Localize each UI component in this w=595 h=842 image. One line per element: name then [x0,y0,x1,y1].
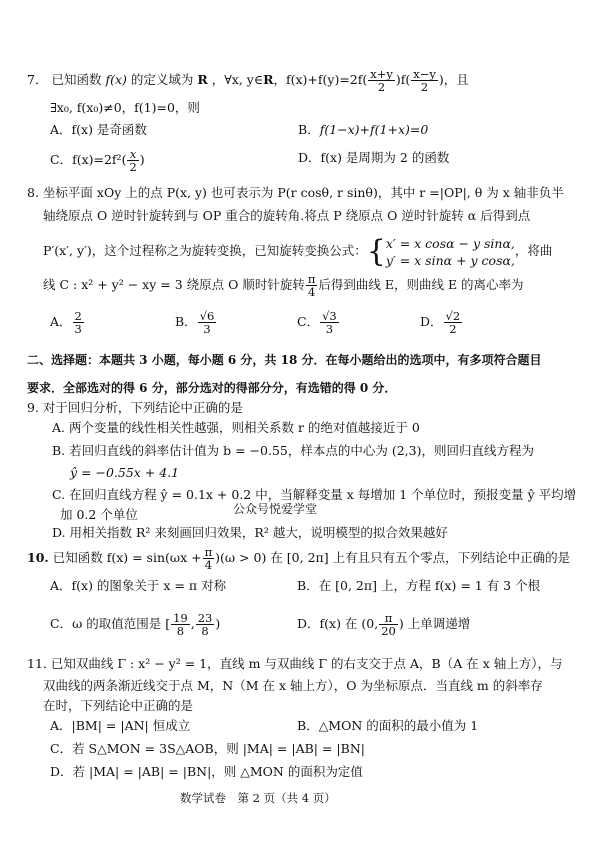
option-text: ω 的取值范围是 [ [72,616,170,631]
option-frac: 23 [73,310,84,335]
option-label: B. [52,443,65,458]
option-label: B． [297,718,319,733]
option-text: |BM| = |AN| 恒成立 [72,718,191,733]
q7-set-R: R [263,72,273,87]
q10-text: )(ω > 0) 在 [0, 2π] 上有且只有五个零点，下列结论中正确的是 [215,550,570,565]
option-text: ) [215,616,220,631]
brace-icon: { [367,237,386,267]
q8-text: 线 C : x² + y² − xy = 3 绕原点 O 顺时针旋转 [43,277,305,292]
q9-number: 9. [27,400,39,415]
q8-text: P′(x′, y′)，这个过程称之为旋转变换，已知旋转变换公式： [43,243,367,258]
denominator: 8 [171,625,190,637]
option-text: f(1−x)+f(1+x)=0 [320,122,429,137]
option-text: ) 上单调递增 [399,616,470,631]
option-label: A. [52,420,65,435]
denominator: 2 [444,323,463,335]
denominator: 2 [411,81,438,93]
q8-number: 8. [27,185,39,200]
q7-stem-line1: 7． 已知函数 f(x) 的定义域为 R ，∀x, y∈R，f(x)+f(y)=… [27,68,469,93]
option-label: A． [50,314,72,329]
separator: , [191,616,195,631]
option-text: f(x)=2f²( [72,152,126,167]
option-text: f(x) 是奇函数 [72,122,147,137]
option-frac: π20 [379,612,398,637]
section-2-header-line1: 二、选择题：本题共 3 小题，每小题 6 分，共 18 分．在每小题给出的选项中… [27,352,541,368]
q7-equation: ，f(x)+f(y)=2f( [273,72,367,87]
option-label: D． [50,764,73,779]
q7-c-frac: x2 [127,148,138,173]
q9-option-d: D. 用相关指数 R² 来刻画回归效果，R² 越大，说明模型的拟合效果越好 [52,525,448,541]
q10-option-d: D．f(x) 在 (0,π20) 上单调递增 [297,612,470,637]
q11-line2: 双曲线的两条渐近线交于点 M，N（M 在 x 轴上方），O 为坐标原点．当直线 … [43,678,543,694]
denominator: 3 [73,323,84,335]
option-text: f(x) 在 (0, [320,616,379,631]
option-text: 若回归直线的斜率估计值为 b = −0.55，样本点的中心为 (2,3)，则回归… [69,443,534,458]
q10-option-b: B．在 [0, 2π] 上，方程 f(x) = 1 有 3 个根 [297,578,540,594]
q8-line3: P′(x′, y′)，这个过程称之为旋转变换，已知旋转变换公式：{x′ = x … [43,233,552,269]
q8-line2: 轴绕原点 O 逆时针旋转到与 OP 重合的旋转角.将点 P 绕原点 O 逆时针旋… [43,208,530,224]
denominator: 2 [368,81,395,93]
formula-line: y′ = x sinα + y cosα, [386,252,515,269]
q7-text: ，∀x, y∈ [212,72,263,87]
q7-text: )，且 [439,72,469,87]
option-label: D． [297,616,320,631]
q7-equation: )f( [396,72,410,87]
section-2-header-line2: 要求．全部选对的得 6 分，部分选对的得部分分，有选错的得 0 分． [27,380,396,396]
q7-option-c: C．f(x)=2f²(x2) [50,148,145,173]
q7-set-R: R [197,72,207,87]
option-text: 在回归直线方程 ŷ = 0.1x + 0.2 中，当解释变量 x 每增加 1 个… [69,487,576,502]
q7-option-d: D．f(x) 是周期为 2 的函数 [298,150,449,166]
option-label: C. [52,487,65,502]
q10-frac: π4 [203,546,215,571]
q11-number: 11. [27,656,47,671]
q7-text: 已知函数 [51,72,101,87]
denominator: 8 [196,625,215,637]
q10-stem: 10. 已知函数 f(x) = sin(ωx +π4)(ω > 0) 在 [0,… [27,546,570,571]
formula-line: x′ = x cosα − y sinα, [386,235,515,252]
option-text: f(x) 是周期为 2 的函数 [321,150,450,165]
option-text: 若 S△MON = 3S△AOB，则 |MA| = |AB| = |BN| [72,741,365,756]
denominator: 4 [306,286,318,298]
denominator: 4 [203,559,215,571]
q8-option-d: D．√22 [420,310,463,335]
q8-line1: 8. 坐标平面 xOy 上的点 P(x, y) 也可表示为 P(r cosθ, … [27,185,564,201]
q7-fx: f(x) [105,72,126,87]
option-text: 在 [0, 2π] 上，方程 f(x) = 1 有 3 个根 [319,578,540,593]
q8-text: ，将曲 [515,243,553,258]
q9-option-b: B. 若回归直线的斜率估计值为 b = −0.55，样本点的中心为 (2,3)，… [52,443,534,459]
q10-number: 10. [27,550,49,565]
option-text: ) [140,152,145,167]
watermark: 公众号悦爱学堂 [233,500,317,517]
q7-stem-line2: ∃x₀, f(x₀)≠0，f(1)=0，则 [50,100,200,116]
option-frac: √63 [198,310,217,335]
q10-option-a: A．f(x) 的图象关于 x = π 对称 [50,578,226,594]
q7-frac2: x−y2 [411,68,438,93]
option-label: C． [50,616,72,631]
q8-option-a: A．23 [50,310,85,335]
option-text: 用相关指数 R² 来刻画回归效果，R² 越大，说明模型的拟合效果越好 [70,525,448,540]
q8-formula-system: x′ = x cosα − y sinα,y′ = x sinα + y cos… [386,235,515,269]
option-label: B． [175,314,197,329]
q8-text: 坐标平面 xOy 上的点 P(x, y) 也可表示为 P(r cosθ, r s… [43,185,564,200]
option-text: 两个变量的线性相关性越强，则相关系数 r 的绝对值越接近于 0 [69,420,420,435]
option-frac: 198 [171,612,190,637]
q7-text: 的定义域为 [131,72,194,87]
q11-option-d: D．若 |MA| = |AB| = |BN|，则 △MON 的面积为定值 [50,764,363,780]
q11-option-c: C．若 S△MON = 3S△AOB，则 |MA| = |AB| = |BN| [50,741,365,757]
option-label: C． [50,152,72,167]
option-label: D． [420,314,443,329]
denominator: 2 [127,161,138,173]
q11-option-a: A．|BM| = |AN| 恒成立 [50,718,190,734]
q9-stem: 9. 对于回归分析，下列结论中正确的是 [27,400,243,416]
option-label: B． [298,122,320,137]
option-label: A． [50,122,72,137]
page-footer: 数学试卷 第 2 页（共 4 页） [180,790,336,806]
option-text: △MON 的面积的最小值为 1 [319,718,479,733]
q8-line4: 线 C : x² + y² − xy = 3 绕原点 O 顺时针旋转π4后得到曲… [43,273,524,298]
option-label: C． [50,741,72,756]
q7-option-b: B．f(1−x)+f(1+x)=0 [298,122,428,138]
q7-number: 7． [27,72,47,87]
q11-option-b: B．△MON 的面积的最小值为 1 [297,718,478,734]
q8-text: 后得到曲线 E，则曲线 E 的离心率为 [318,277,523,292]
option-text: f(x) 的图象关于 x = π 对称 [72,578,227,593]
denominator: 3 [320,323,339,335]
q8-frac: π4 [306,273,318,298]
denominator: 3 [198,323,217,335]
q10-option-c: C．ω 的取值范围是 [198,238) [50,612,220,637]
option-label: B． [297,578,319,593]
q7-frac1: x+y2 [368,68,395,93]
q9-option-a: A. 两个变量的线性相关性越强，则相关系数 r 的绝对值越接近于 0 [52,420,420,436]
q11-text: 已知双曲线 Γ : x² − y² = 1，直线 m 与双曲线 Γ 的右支交于点… [51,656,563,671]
q9-text: 对于回归分析，下列结论中正确的是 [43,400,243,415]
q9-option-b-line2: ŷ = −0.55x + 4.1 [70,465,179,481]
option-label: A． [50,718,72,733]
q7-option-a: A．f(x) 是奇函数 [50,122,147,138]
option-frac: √33 [320,310,339,335]
option-label: C． [297,314,319,329]
option-text: 若 |MA| = |AB| = |BN|，则 △MON 的面积为定值 [73,764,363,779]
option-frac: √22 [444,310,463,335]
q9-option-c-line2: 加 0.2 个单位 [60,507,138,523]
q11-line1: 11. 已知双曲线 Γ : x² − y² = 1，直线 m 与双曲线 Γ 的右… [27,656,562,672]
option-label: D． [298,150,321,165]
option-frac: 238 [196,612,215,637]
denominator: 20 [379,625,398,637]
q10-text: 已知函数 f(x) = sin(ωx + [53,550,202,565]
option-label: A． [50,578,72,593]
q8-option-b: B．√63 [175,310,217,335]
q8-option-c: C．√33 [297,310,340,335]
option-label: D. [52,525,66,540]
q11-line3: 在时，下列结论中正确的是 [43,698,193,714]
